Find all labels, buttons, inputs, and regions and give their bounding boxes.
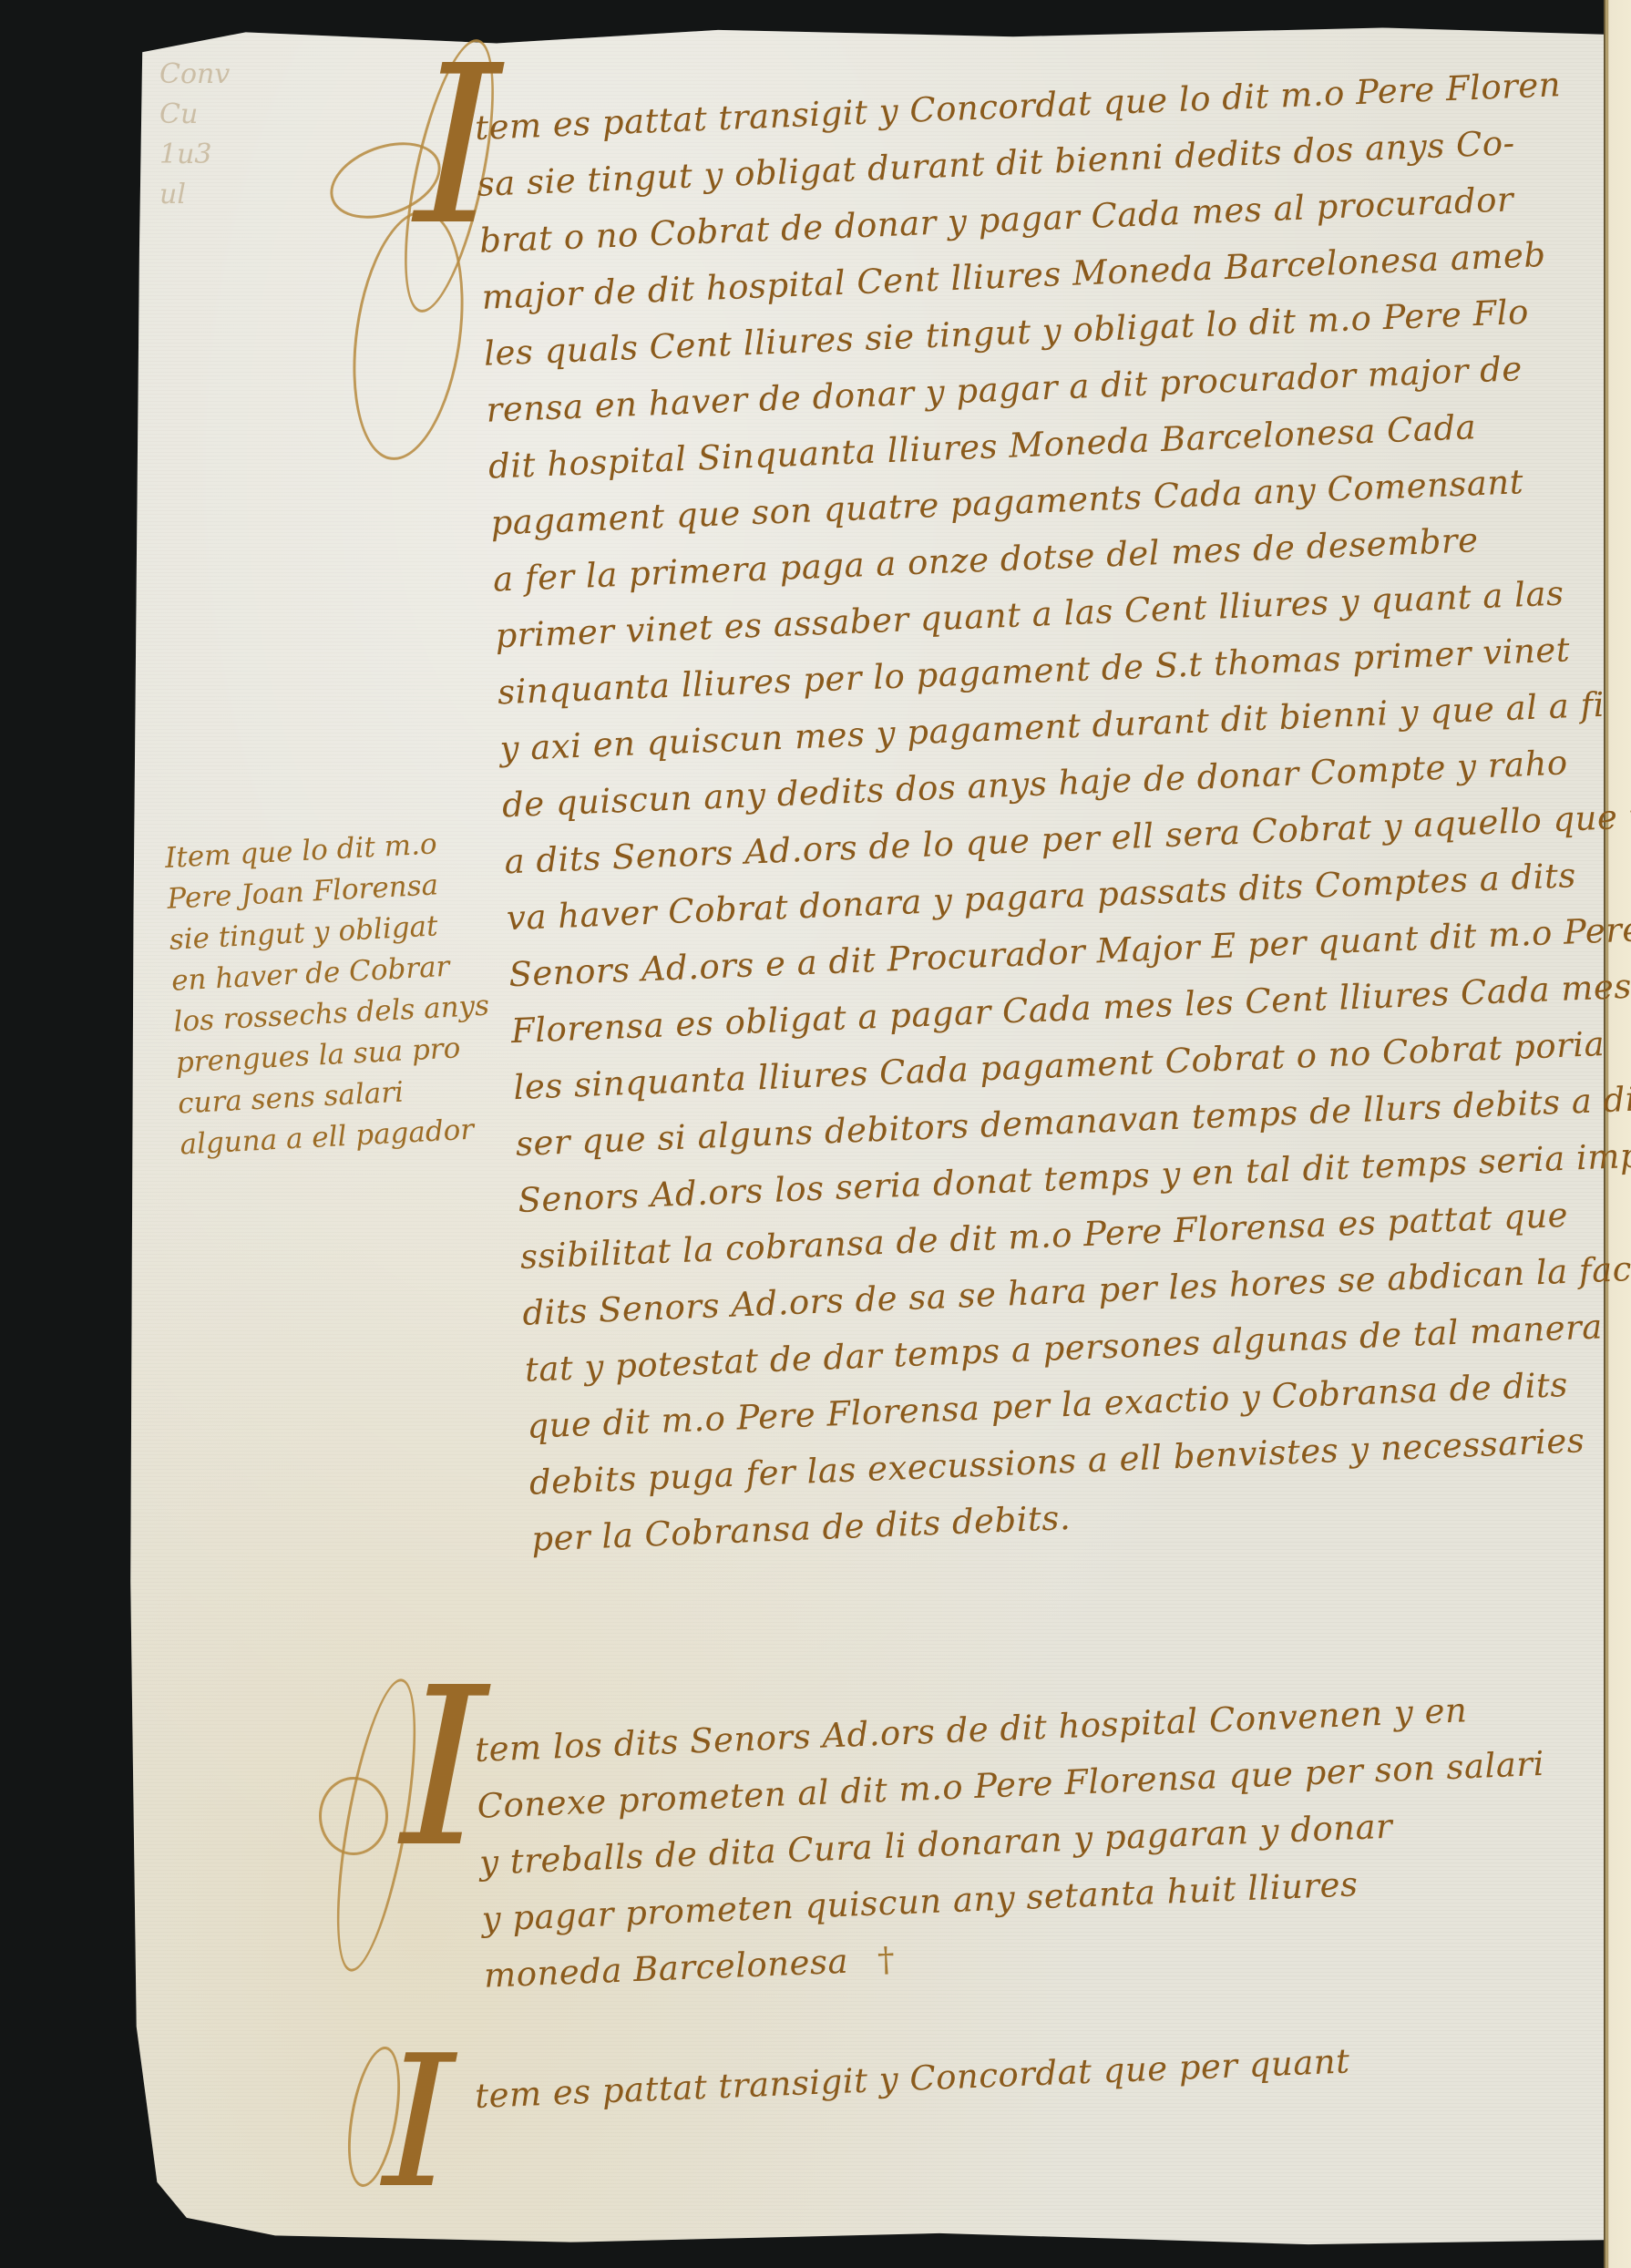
faint-note-line: 1u3 <box>159 135 287 175</box>
faint-note-line: ul <box>159 175 287 215</box>
margin-note: Item que lo dit m.o Pere Joan Florensa s… <box>164 822 490 1165</box>
text-line-content: moneda Barcelonesa <box>483 1942 848 1996</box>
cross-end-mark-icon: † <box>877 1932 896 1989</box>
drop-cap-flourish-icon <box>319 1777 388 1855</box>
faint-note-line: Cu <box>159 95 287 135</box>
drop-cap-item-3: I <box>383 2032 455 2214</box>
paragraph-item-2: tem los dits Senors Ad.ors de dit hospit… <box>474 1678 1605 2005</box>
paragraph-item-1: tem es pattat transigit y Concordat que … <box>474 56 1631 1568</box>
faint-corner-notes: Conv Cu 1u3 ul <box>159 55 287 215</box>
drop-cap-item-2: I <box>401 1658 487 1877</box>
faint-note-line: Conv <box>159 55 287 95</box>
